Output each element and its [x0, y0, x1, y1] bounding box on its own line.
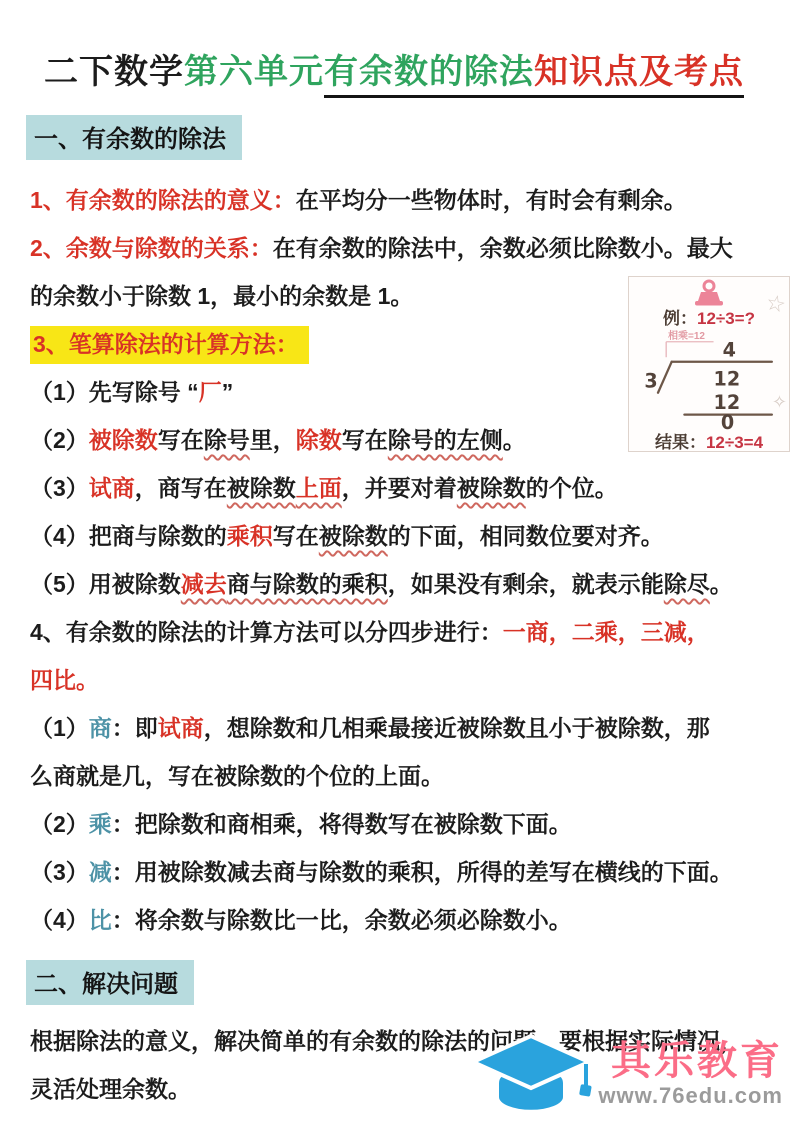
- text-segment: ：将余数与除数比一比，余数必须必除数小。: [112, 907, 572, 933]
- text-segment: 商与除数的乘积: [227, 571, 388, 597]
- text-segment: 写在: [342, 427, 388, 453]
- text-segment: 写在: [158, 427, 204, 453]
- text-segment: 试商: [89, 475, 135, 501]
- text-segment: （5）用被除数: [30, 571, 181, 597]
- text-segment: 灵活处理余数。: [30, 1076, 191, 1102]
- section-heading-2: 二、解决问题: [26, 960, 194, 1005]
- point-1: 1、有余数的除法的意义：在平均分一些物体时，有时会有剩余。: [30, 176, 792, 224]
- text-segment: （1）先写除号 “: [30, 379, 199, 405]
- text-segment: 试商: [158, 715, 204, 741]
- text-segment: 。: [710, 571, 733, 597]
- text-segment: 有余数的除法: [324, 53, 534, 98]
- sub-item-4-3: （3）减：用被除数减去商与除数的乘积，所得的差写在横线的下面。: [30, 848, 792, 896]
- text-segment: 比: [89, 907, 112, 933]
- example-result-line: 结果：12÷3=4: [629, 433, 789, 452]
- text-segment: ，想除数和几相乘最接近被除数且小于被除数，那: [204, 715, 710, 741]
- text-segment: 被除数: [89, 427, 158, 453]
- text-segment: ”: [222, 379, 234, 405]
- text-segment: 里，: [250, 427, 296, 453]
- long-division-diagram: 相乘=12 4 3 12 12 0: [636, 329, 782, 431]
- text-segment: 。: [503, 427, 526, 453]
- text-segment: 的余数小于除数 1，最小的余数是 1。: [30, 283, 413, 309]
- example-expression: 12÷3=?: [697, 309, 755, 328]
- text-segment: ，如果没有剩余，就表示能: [388, 571, 664, 597]
- worked-example-box: ☆ ✧ 例：12÷3=? 相乘=12 4 3 12 12 0 结果：12÷3=4: [628, 276, 790, 452]
- page-title: 二下数学第六单元有余数的除法知识点及考点: [44, 44, 765, 93]
- text-segment: 的个位。: [526, 475, 618, 501]
- text-segment: 二下数学: [44, 53, 184, 91]
- sub-item-4-4: （4）比：将余数与除数比一比，余数必须必除数小。: [30, 896, 792, 944]
- text-segment: 在平均分一些物体时，有时会有剩余。: [296, 187, 687, 213]
- text-segment: ：把除数和商相乘，将得数写在被除数下面。: [112, 811, 572, 837]
- example-label: 例：: [663, 309, 697, 328]
- text-segment: 四比。: [30, 667, 99, 693]
- text-segment: 第六单元: [184, 53, 324, 91]
- text-segment: ，商写在: [135, 475, 227, 501]
- graduation-cap-icon: [468, 1032, 594, 1116]
- text-segment: （4）: [30, 907, 89, 933]
- text-segment: 被除数: [227, 475, 296, 501]
- text-segment: （2）: [30, 811, 89, 837]
- text-segment: 的下面，相同数位要对齐。: [388, 523, 664, 549]
- text-segment: 一商，二乘，三减，: [503, 619, 710, 645]
- text-segment: 减去: [181, 571, 227, 597]
- text-segment: ：即: [112, 715, 158, 741]
- multiply-annotation: 相乘=12: [668, 329, 705, 342]
- text-segment: 除数: [296, 427, 342, 453]
- text-segment: （3）: [30, 859, 89, 885]
- text-segment: 厂: [199, 379, 222, 405]
- text-segment: （4）把商与除数的: [30, 523, 227, 549]
- text-segment: 被除数: [457, 475, 526, 501]
- remainder-value: 0: [721, 411, 734, 431]
- text-segment: （3）: [30, 475, 89, 501]
- text-segment: 乘积: [227, 523, 273, 549]
- text-segment: 被除数: [319, 523, 388, 549]
- text-segment: 除尽: [664, 571, 710, 597]
- text-segment: 么商就是几，写在被除数的个位的上面。: [30, 763, 444, 789]
- text-segment: 商: [89, 715, 112, 741]
- text-segment: （1）: [30, 715, 89, 741]
- text-segment: 4、有余数的除法的计算方法可以分四步进行：: [30, 619, 503, 645]
- result-expression: 12÷3=4: [706, 433, 763, 452]
- brand-url[interactable]: www.76edu.com: [598, 1083, 783, 1109]
- sub-item-4-2: （2）乘：把除数和商相乘，将得数写在被除数下面。: [30, 800, 792, 848]
- text-segment: 除号: [204, 427, 250, 453]
- text-segment: 除号的左侧: [388, 427, 503, 453]
- text-segment: 在有余数的除法中，余数必须比除数小。最大: [273, 235, 733, 261]
- text-segment: ，并要对着: [342, 475, 457, 501]
- text-segment: 上面: [296, 475, 342, 501]
- text-segment: 知识点及考点: [534, 53, 744, 98]
- text-segment: 乘: [89, 811, 112, 837]
- text-segment: 写在: [273, 523, 319, 549]
- section-heading-1: 一、有余数的除法: [26, 115, 242, 160]
- result-label: 结果：: [655, 433, 706, 452]
- quotient-value: 4: [723, 338, 736, 361]
- sub-item-3-4: （4）把商与除数的乘积写在被除数的下面，相同数位要对齐。: [30, 512, 792, 560]
- sub-item-3-3: （3）试商，商写在被除数上面，并要对着被除数的个位。: [30, 464, 792, 512]
- text-segment: 减: [89, 859, 112, 885]
- text-segment: 2、余数与除数的关系：: [30, 235, 273, 261]
- brand-name: 其乐教育: [598, 1039, 783, 1083]
- text-segment: 3、笔算除法的计算方法：: [30, 326, 309, 364]
- site-logo: 其乐教育 www.76edu.com: [468, 1032, 783, 1116]
- dividend-value: 12: [714, 367, 741, 390]
- text-segment: 1、有余数的除法的意义：: [30, 187, 296, 213]
- document-page: 二下数学第六单元有余数的除法知识点及考点 一、有余数的除法 1、有余数的除法的意…: [0, 0, 793, 1113]
- sub-item-4-1: （1）商：即试商，想除数和几相乘最接近被除数且小于被除数，那么商就是几，写在被除…: [30, 704, 792, 800]
- divisor-value: 3: [644, 369, 657, 392]
- point-4: 4、有余数的除法的计算方法可以分四步进行：一商，二乘，三减，四比。: [30, 608, 792, 704]
- text-segment: ：用被除数减去商与除数的乘积，所得的差写在横线的下面。: [112, 859, 733, 885]
- brand-text-block: 其乐教育 www.76edu.com: [598, 1039, 783, 1109]
- sparkle-doodle-icon: ✧: [772, 392, 787, 413]
- text-segment: （2）: [30, 427, 89, 453]
- sub-item-3-5: （5）用被除数减去商与除数的乘积，如果没有剩余，就表示能除尽。: [30, 560, 792, 608]
